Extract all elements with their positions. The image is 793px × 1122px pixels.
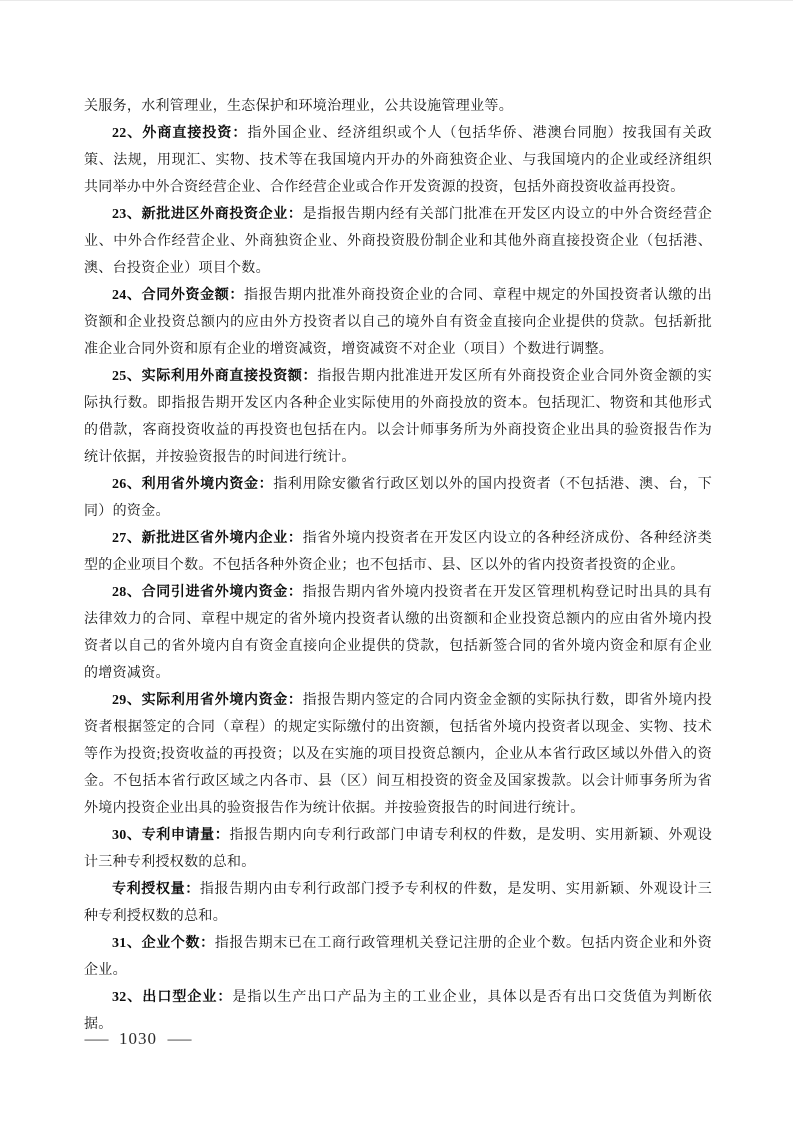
term-label: 28、合同引进省外境内资金： bbox=[112, 585, 303, 600]
paragraph-27-new-domestic-enterprises: 27、新批进区省外境内企业：指省外境内投资者在开发区内设立的各种经济成份、各种经… bbox=[84, 525, 712, 579]
paragraph-25-actually-utilized-fdi: 25、实际利用外商直接投资额：指报告期内批准进开发区所有外商投资企业合同外资金额… bbox=[84, 363, 712, 471]
term-label: 27、新批进区省外境内企业： bbox=[112, 531, 303, 546]
paragraph-continuation: 关服务，水利管理业，生态保护和环境治理业，公共设施管理业等。 bbox=[84, 93, 712, 120]
paragraph-28-contracted-domestic-funds: 28、合同引进省外境内资金：指报告期内省外境内投资者在开发区管理机构登记时出具的… bbox=[84, 579, 712, 687]
page-number-left-dash: — bbox=[85, 1029, 109, 1049]
term-label: 25、实际利用外商直接投资额： bbox=[112, 369, 317, 384]
paragraph-29-actually-utilized-domestic-funds: 29、实际利用省外境内资金：指报告期内签定的合同内资金金额的实际执行数，即省外境… bbox=[84, 687, 712, 822]
term-label: 24、合同外资金额： bbox=[112, 288, 244, 303]
term-label: 专利授权量： bbox=[112, 882, 200, 897]
paragraph-text: 关服务，水利管理业，生态保护和环境治理业，公共设施管理业等。 bbox=[84, 99, 513, 114]
page-number: —1030— bbox=[88, 1029, 188, 1049]
paragraph-30-patent-applications: 30、专利申请量：指报告期内向专利行政部门申请专利权的件数，是发明、实用新颖、外… bbox=[84, 822, 712, 876]
term-label: 29、实际利用省外境内资金： bbox=[112, 693, 303, 708]
term-label: 22、外商直接投资： bbox=[112, 126, 247, 141]
paragraph-24-contracted-foreign-capital: 24、合同外资金额：指报告期内批准外商投资企业的合同、章程中规定的外国投资者认缴… bbox=[84, 282, 712, 363]
paragraph-26-domestic-funds-outside-province: 26、利用省外境内资金：指利用除安徽省行政区划以外的国内投资者（不包括港、澳、台… bbox=[84, 471, 712, 525]
paragraph-22-foreign-direct-investment: 22、外商直接投资：指外国企业、经济组织或个人（包括华侨、港澳台同胞）按我国有关… bbox=[84, 120, 712, 201]
paragraph-31-number-of-enterprises: 31、企业个数：指报告期末已在工商行政管理机关登记注册的企业个数。包括内资企业和… bbox=[84, 930, 712, 984]
page-number-right-dash: — bbox=[168, 1029, 192, 1049]
paragraph-patent-grants: 专利授权量：指报告期内由专利行政部门授予专利权的件数，是发明、实用新颖、外观设计… bbox=[84, 876, 712, 930]
term-label: 23、新批进区外商投资企业： bbox=[112, 207, 303, 222]
document-page: 关服务，水利管理业，生态保护和环境治理业，公共设施管理业等。 22、外商直接投资… bbox=[0, 0, 793, 1122]
term-definition: 指报告期内签定的合同内资金金额的实际执行数，即省外境内投资者根据签定的合同（章程… bbox=[84, 693, 712, 816]
page-number-value: 1030 bbox=[119, 1029, 157, 1049]
definitions-text-block: 关服务，水利管理业，生态保护和环境治理业，公共设施管理业等。 22、外商直接投资… bbox=[84, 93, 712, 1038]
term-label: 32、出口型企业： bbox=[112, 990, 232, 1005]
term-label: 31、企业个数： bbox=[112, 936, 215, 951]
term-label: 30、专利申请量： bbox=[112, 828, 229, 843]
paragraph-23-new-foreign-invested-enterprises: 23、新批进区外商投资企业：是指报告期内经有关部门批准在开发区内设立的中外合资经… bbox=[84, 201, 712, 282]
term-label: 26、利用省外境内资金： bbox=[112, 477, 273, 492]
